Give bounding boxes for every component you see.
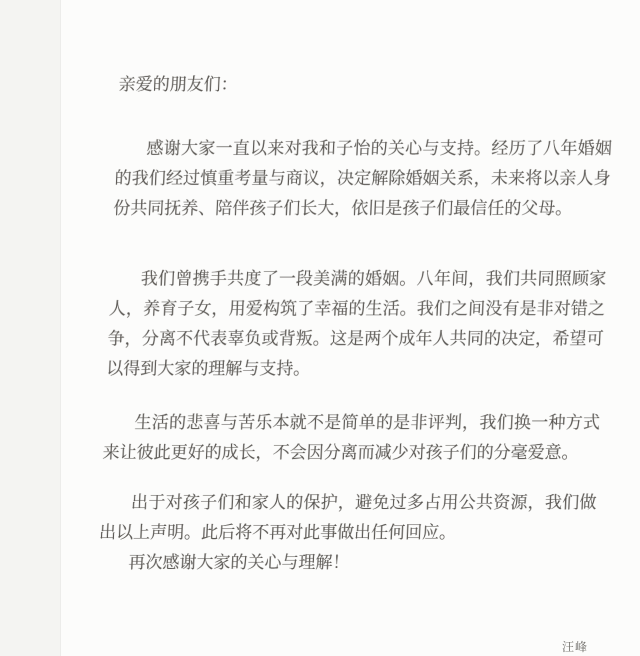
letter-photo: 亲爱的朋友们： 感谢大家一直以来对我和子怡的关心与支持。经历了八年婚姻的我们经过… [0, 0, 640, 656]
paragraph-1: 感谢大家一直以来对我和子怡的关心与支持。经历了八年婚姻的我们经过慎重考量与商议，… [113, 134, 613, 224]
paragraph-4: 出于对孩子们和家人的保护，避免过多占用公共资源，我们做出以上声明。此后将不再对此… [98, 488, 597, 548]
salutation: 亲爱的朋友们： [118, 70, 615, 100]
paragraph-2: 我们曾携手共度了一段美满的婚姻。八年间，我们共同照顾家人，养育子女，用爱构筑了幸… [106, 264, 607, 384]
letter-body: 亲爱的朋友们： 感谢大家一直以来对我和子怡的关心与支持。经历了八年婚姻的我们经过… [96, 0, 618, 606]
paragraph-3: 生活的悲喜与苦乐本就不是简单的是非评判，我们换一种方式来让彼此更好的成长，不会因… [102, 408, 601, 468]
left-margin-strip [0, 0, 61, 656]
signature: 汪峰 [562, 638, 588, 656]
paragraph-5: 再次感谢大家的关心与理解！ [97, 548, 594, 578]
